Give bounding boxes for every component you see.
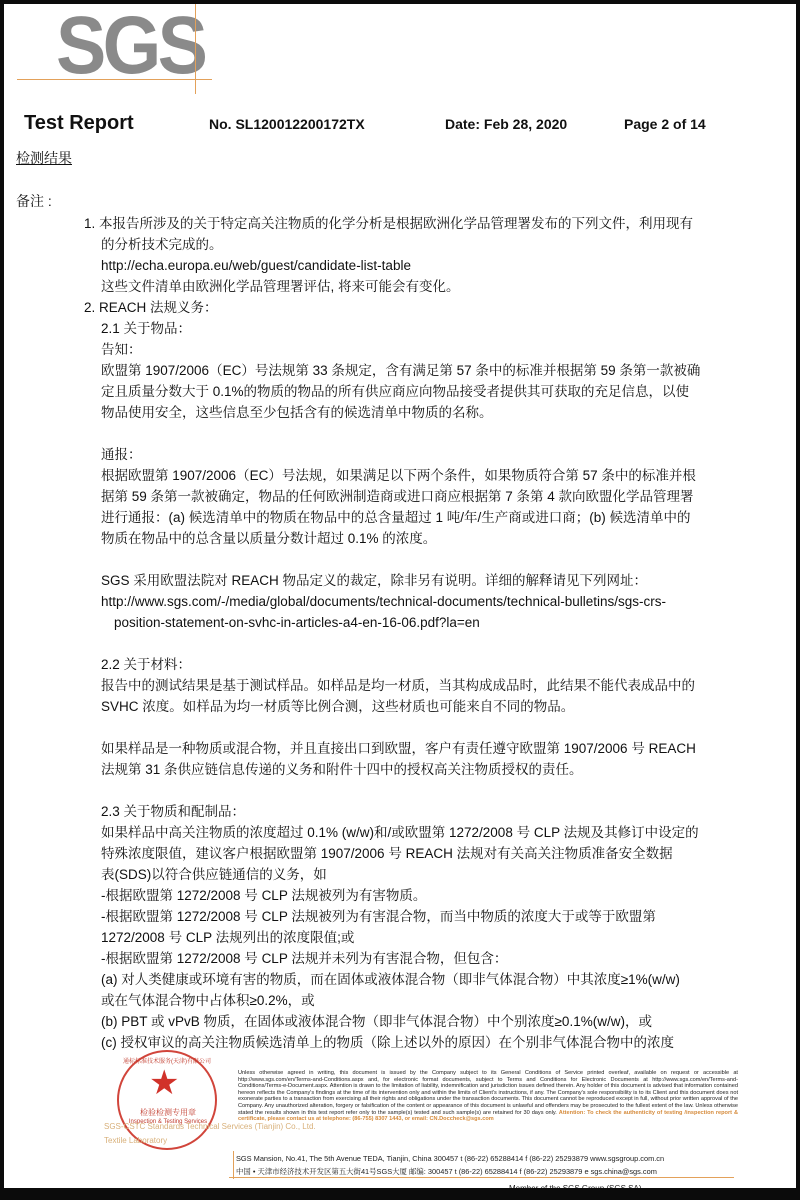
body-line: -根据欧盟第 1272/2008 号 CLP 法规被列为有害物质。 — [101, 885, 426, 907]
body-line: 定且质量分数大于 0.1%的物质的物品的所有供应商应向物品接受者提供其可获取的充… — [101, 381, 689, 403]
address-cn: 中国 • 天津市经济技术开发区第五大街41号SGS大厦 邮编: 300457 t… — [236, 1166, 657, 1177]
body-line: 根据欧盟第 1907/2006（EC）号法规，如果满足以下两个条件，如果物质符合… — [101, 465, 696, 487]
report-header: Test Report No. SL120012200172TX Date: F… — [4, 112, 796, 138]
sgs-logo: SGS — [17, 4, 217, 94]
lab-department: Textile Laboratory — [104, 1136, 167, 1145]
body-line: 通报： — [101, 444, 142, 466]
logo-vertical-rule — [195, 4, 196, 94]
body-line: 的分析技术完成的。 — [101, 234, 223, 256]
logo-horizontal-rule — [17, 79, 212, 80]
body-line: 这些文件清单由欧洲化学品管理署评估, 将来可能会有变化。 — [101, 276, 460, 298]
body-line: 2. REACH 法规义务： — [84, 297, 218, 319]
body-line: 告知： — [101, 339, 142, 361]
body-line: http://echa.europa.eu/web/guest/candidat… — [101, 255, 411, 277]
body-line: (b) PBT 或 vPvB 物质，在固体或液体混合物（即非气体混合物）中个别浓… — [101, 1011, 652, 1033]
body-line: -根据欧盟第 1272/2008 号 CLP 法规被列为有害混合物，而当中物质的… — [101, 906, 656, 928]
report-date: Date: Feb 28, 2020 — [445, 116, 567, 132]
body-line: 2.3 关于物质和配制品： — [101, 801, 245, 823]
body-line: SGS 采用欧盟法院对 REACH 物品定义的裁定，除非另有说明。详细的解释请见… — [101, 570, 647, 592]
body-line: position-statement-on-svhc-in-articles-a… — [114, 612, 480, 634]
body-line: 如果样品是一种物质或混合物，并且直接出口到欧盟，客户有责任遵守欧盟第 1907/… — [101, 738, 696, 760]
body-line: 据第 59 条第一款被确定，物品的任何欧洲制造商或进口商应根据第 7 条第 4 … — [101, 486, 694, 508]
stamp-cn-label: 检验检测专用章 — [133, 1107, 203, 1118]
body-line: http://www.sgs.com/-/media/global/docume… — [101, 591, 666, 613]
body-line: 物质在物品中的总含量以质量分数计超过 0.1% 的浓度。 — [101, 528, 436, 550]
report-number: No. SL120012200172TX — [209, 116, 365, 132]
lab-name: SGS-CSTC Standards Technical Services (T… — [104, 1122, 316, 1131]
body-line: (a) 对人类健康或环境有害的物质，而在固体或液体混合物（即非气体混合物）中其浓… — [101, 969, 680, 991]
body-line: SVHC 浓度。如样品为均一材质等比例合测，这些材质也可能来自不同的物品。 — [101, 696, 574, 718]
body-line: 2.1 关于物品： — [101, 318, 191, 340]
body-line: 报告中的测试结果是基于测试样品。如样品是均一材质，当其构成成品时，此结果不能代表… — [101, 675, 695, 697]
logo-text: SGS — [56, 6, 204, 86]
body-line: 欧盟第 1907/2006（EC）号法规第 33 条规定，含有满足第 57 条中… — [101, 360, 700, 382]
report-title: Test Report — [24, 112, 134, 135]
body-line: 如果样品中高关注物质的浓度超过 0.1% (w/w)和/或欧盟第 1272/20… — [101, 822, 699, 844]
footer-rule — [229, 1177, 734, 1178]
body-line: 进行通报：(a) 候选清单中的物质在物品中的总含量超过 1 吨/年/生产商或进口… — [101, 507, 691, 529]
body-line: 1. 本报告所涉及的关于特定高关注物质的化学分析是根据欧洲化学品管理署发布的下列… — [84, 213, 693, 235]
remark-label: 备注 : — [16, 191, 52, 211]
legal-disclaimer: Unless otherwise agreed in writing, this… — [238, 1070, 738, 1123]
body-line: 1272/2008 号 CLP 法规列出的浓度限值;或 — [101, 927, 354, 949]
body-line: -根据欧盟第 1272/2008 号 CLP 法规并未列为有害混合物，但包含： — [101, 948, 507, 970]
body-line: 2.2 关于材料： — [101, 654, 191, 676]
body-line: (c) 授权审议的高关注物质候选清单上的物质（除上述以外的原因）在个别非气体混合… — [101, 1032, 674, 1054]
star-icon: ★ — [149, 1066, 179, 1100]
body-line: 特殊浓度限值，建议客户根据欧盟第 1907/2006 号 REACH 法规对有关… — [101, 843, 673, 865]
page-number: Page 2 of 14 — [624, 116, 706, 132]
body-line: 表(SDS)以符合供应链通信的义务，如 — [101, 864, 327, 886]
section-title: 检测结果 — [16, 148, 72, 168]
address-en: SGS Mansion, No.41, The 5th Avenue TEDA,… — [236, 1154, 664, 1163]
body-line: 物品使用安全，这些信息至少包括含有的候选清单中物质的名称。 — [101, 402, 493, 424]
member-note: Member of the SGS Group (SGS SA) — [509, 1184, 642, 1188]
document-page: SGS Test Report No. SL120012200172TX Dat… — [4, 4, 796, 1188]
official-stamp: 通标标准技术服务(天津)有限公司 ★ 检验检测专用章 Inspection & … — [117, 1050, 217, 1150]
body-line: 法规第 31 条供应链信息传递的义务和附件十四中的授权高关注物质授权的责任。 — [101, 759, 583, 781]
body-line: 或在气体混合物中占体积≥0.2%，或 — [101, 990, 315, 1012]
